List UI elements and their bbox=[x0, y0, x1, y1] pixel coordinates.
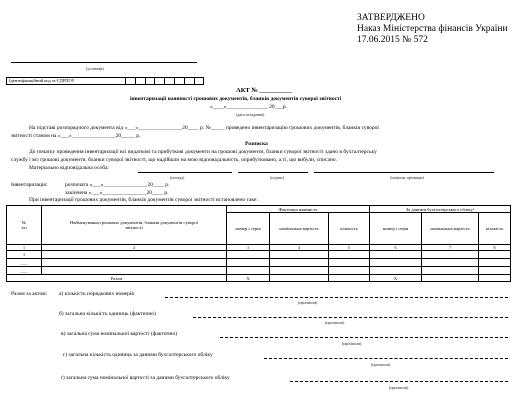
totals-line-a[interactable] bbox=[165, 297, 508, 298]
row-num: ___ bbox=[7, 267, 42, 275]
code-cell[interactable] bbox=[165, 78, 175, 84]
subheader-number-series: номер і серія bbox=[370, 213, 422, 245]
caption-e: (прописом) bbox=[389, 385, 408, 390]
totals-line-d[interactable] bbox=[264, 358, 508, 359]
code-cell[interactable] bbox=[155, 78, 165, 84]
total-cell[interactable] bbox=[329, 275, 370, 282]
cell[interactable] bbox=[227, 251, 270, 259]
inventory-table: № з/п Найменування грошових документів, … bbox=[6, 205, 511, 282]
institution-line bbox=[11, 62, 197, 63]
code-cell[interactable] bbox=[146, 78, 156, 84]
total-cell[interactable] bbox=[270, 275, 329, 282]
cell[interactable] bbox=[370, 267, 422, 275]
total-cell: X bbox=[227, 275, 270, 282]
cell[interactable] bbox=[42, 267, 227, 275]
act-title: АКТ № __________ bbox=[236, 87, 292, 94]
institution-caption: (установа) bbox=[86, 66, 104, 71]
totals-item-c: в) загальна сума номінальної вартості (ф… bbox=[61, 331, 177, 337]
inventory-label: Інвентаризація: bbox=[11, 182, 47, 188]
cell[interactable] bbox=[422, 251, 479, 259]
cell[interactable] bbox=[270, 251, 329, 259]
name-caption: (ініціали, прізвище) bbox=[390, 175, 424, 180]
cell[interactable] bbox=[329, 251, 370, 259]
cell[interactable] bbox=[370, 259, 422, 267]
cell[interactable] bbox=[270, 267, 329, 275]
subheader-quantity: кількість bbox=[479, 213, 511, 245]
total-row: Разом X X bbox=[7, 275, 511, 282]
cell[interactable] bbox=[42, 251, 227, 259]
total-label: Разом bbox=[7, 275, 227, 282]
edrpou-label: Ідентифікаційний код за ЄДРПОУ bbox=[7, 78, 126, 84]
cell[interactable] bbox=[270, 259, 329, 267]
basis-line-2: звітності станом на «___»_______________… bbox=[11, 133, 140, 139]
caption-c: (прописом) bbox=[342, 341, 361, 346]
edrpou-code-box: Ідентифікаційний код за ЄДРПОУ bbox=[6, 77, 204, 85]
totals-line-b[interactable] bbox=[193, 317, 508, 318]
signature-line[interactable] bbox=[238, 172, 308, 173]
row-num: 1 bbox=[7, 251, 42, 259]
cell[interactable] bbox=[227, 259, 270, 267]
totals-item-b: б) загальна кількість одиниць (фактично) bbox=[59, 311, 156, 317]
total-cell[interactable] bbox=[479, 275, 511, 282]
act-date-caption: (дата складання) bbox=[236, 112, 264, 117]
cell[interactable] bbox=[329, 267, 370, 275]
cell[interactable] bbox=[479, 267, 511, 275]
order-date: 17.06.2015 № 572 bbox=[357, 35, 508, 46]
caption-d: (прописом) bbox=[371, 362, 390, 367]
subheader-nominal-value: номінальна вартість bbox=[270, 213, 329, 245]
totals-line-e[interactable] bbox=[290, 381, 508, 382]
totals-item-a: а) кількість порядкових номерів bbox=[59, 291, 134, 297]
inventory-finished: закінчена «___»________________20____ р. bbox=[65, 190, 168, 196]
receipt-line-2: службу і всі грошові документи, бланки с… bbox=[11, 157, 337, 163]
subheader-nominal-value: номінальна вартість bbox=[422, 213, 479, 245]
header-accounting: За даними бухгалтерського обліку¹ bbox=[370, 206, 511, 213]
name-line[interactable] bbox=[314, 172, 494, 173]
row-num: ___ bbox=[7, 259, 42, 267]
header-num: № з/п bbox=[7, 206, 42, 245]
established-text: При інвентаризації грошових документів, … bbox=[29, 197, 258, 203]
cell[interactable] bbox=[329, 259, 370, 267]
code-cell[interactable] bbox=[126, 78, 136, 84]
receipt-line-1: До початку проведення інвентаризації всі… bbox=[29, 149, 377, 155]
inventory-started: розпочата «___»________________20____ р. bbox=[65, 182, 169, 188]
responsible-label: Матеріально відповідальна особа: bbox=[29, 165, 109, 171]
cell[interactable] bbox=[479, 259, 511, 267]
code-cell[interactable] bbox=[136, 78, 146, 84]
cell[interactable] bbox=[227, 267, 270, 275]
approval-block: ЗАТВЕРДЖЕНО Наказ Міністерства фінансів … bbox=[357, 13, 508, 46]
subheader-quantity: кількість bbox=[329, 213, 370, 245]
caption-b: (прописом) bbox=[325, 320, 344, 325]
signature-caption: (підпис) bbox=[270, 175, 284, 180]
position-line[interactable] bbox=[138, 172, 232, 173]
cell[interactable] bbox=[370, 251, 422, 259]
table-row: ___ bbox=[7, 259, 511, 267]
position-caption: (посада) bbox=[170, 175, 184, 180]
totals-lead: Разом за актом: bbox=[11, 291, 47, 297]
approved-label: ЗАТВЕРДЖЕНО bbox=[357, 13, 508, 24]
basis-line-1: На підставі розпорядчого документа від «… bbox=[29, 125, 379, 131]
caption-a: (прописом) bbox=[298, 300, 317, 305]
totals-line-c[interactable] bbox=[220, 337, 508, 338]
totals-item-d: г) загальна кількість одиниць за даними … bbox=[63, 352, 213, 358]
header-name: Найменування грошових документів, бланкі… bbox=[42, 206, 227, 245]
act-subtitle: інвентаризації наявності грошових докуме… bbox=[130, 96, 341, 102]
table-row: ___ bbox=[7, 267, 511, 275]
subheader-number-series: номер і серія bbox=[227, 213, 270, 245]
cell[interactable] bbox=[42, 259, 227, 267]
code-cell[interactable] bbox=[175, 78, 185, 84]
code-cell[interactable] bbox=[195, 78, 204, 84]
receipt-title: Розписка bbox=[245, 141, 268, 147]
order-line: Наказ Міністерства фінансів України bbox=[357, 24, 508, 35]
cell[interactable] bbox=[422, 267, 479, 275]
act-date-line: «____»_______________ 20___р. bbox=[210, 104, 287, 110]
header-actual: Фактична наявність bbox=[227, 206, 370, 213]
cell[interactable] bbox=[422, 259, 479, 267]
code-cell[interactable] bbox=[185, 78, 195, 84]
table-row: 1 bbox=[7, 251, 511, 259]
totals-item-e: ґ) загальна сума номінальної вартості за… bbox=[61, 375, 230, 381]
total-cell: X bbox=[370, 275, 422, 282]
cell[interactable] bbox=[479, 251, 511, 259]
total-cell[interactable] bbox=[422, 275, 479, 282]
